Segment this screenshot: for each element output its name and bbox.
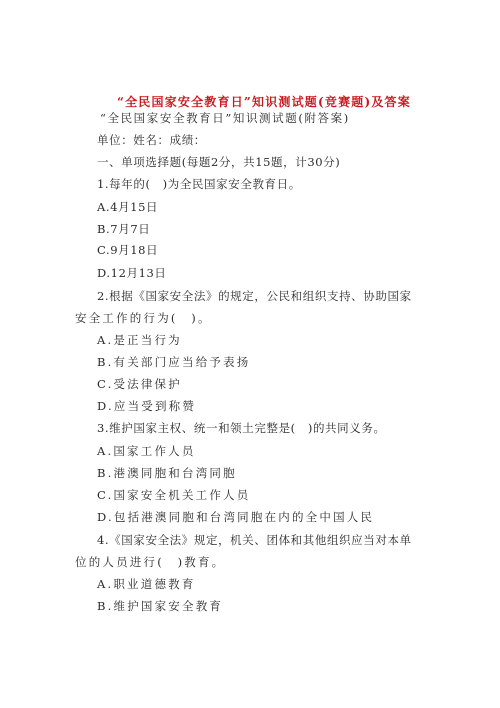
question-1-stem: 1.每年的( )为全民国家安全教育日。	[97, 177, 301, 191]
question-2-stem: 2.根据《国家安全法》的规定，公民和组织支持、协助国家	[97, 289, 412, 303]
question-4-option-b: B.维护国家安全教育	[97, 599, 223, 613]
question-4-option-a: A.职业道德教育	[97, 577, 196, 591]
question-4-stem: 4.《国家安全法》规定，机关、团体和其他组织应当对本单	[97, 533, 412, 547]
section-heading: 一、单项选择题(每题2分，共15题，计30分)	[97, 155, 340, 169]
question-2-option-d: D.应当受到称赞	[97, 399, 196, 413]
document-subtitle: “全民国家安全教育日”知识测试题(附答案)	[100, 111, 350, 125]
document-title: “全民国家安全教育日”知识测试题(竞赛题)及答案	[117, 93, 411, 110]
question-3-stem: 3.维护国家主权、统一和领土完整是( )的共同义务。	[97, 421, 386, 435]
question-2-option-c: C.受法律保护	[97, 377, 182, 391]
question-2-option-b: B.有关部门应当给予表扬	[97, 355, 251, 369]
question-3-option-c: C.国家安全机关工作人员	[97, 488, 250, 502]
question-2-stem-continued: 安全工作的行为( )。	[75, 311, 212, 325]
question-3-option-d: D.包括港澳同胞和台湾同胞在内的全中国人民	[97, 510, 374, 524]
question-1-option-b: B.7月7日	[97, 222, 150, 236]
question-4-stem-continued: 位的人员进行( )教育。	[75, 555, 225, 569]
question-2-option-a: A.是正当行为	[97, 333, 182, 347]
question-1-option-d: D.12月13日	[97, 266, 167, 280]
info-line: 单位：姓名：成绩：	[97, 133, 206, 147]
question-3-option-a: A.国家工作人员	[97, 444, 196, 458]
question-1-option-a: A.4月15日	[97, 200, 158, 214]
question-3-option-b: B.港澳同胞和台湾同胞	[97, 466, 237, 480]
question-1-option-c: C.9月18日	[97, 243, 158, 257]
